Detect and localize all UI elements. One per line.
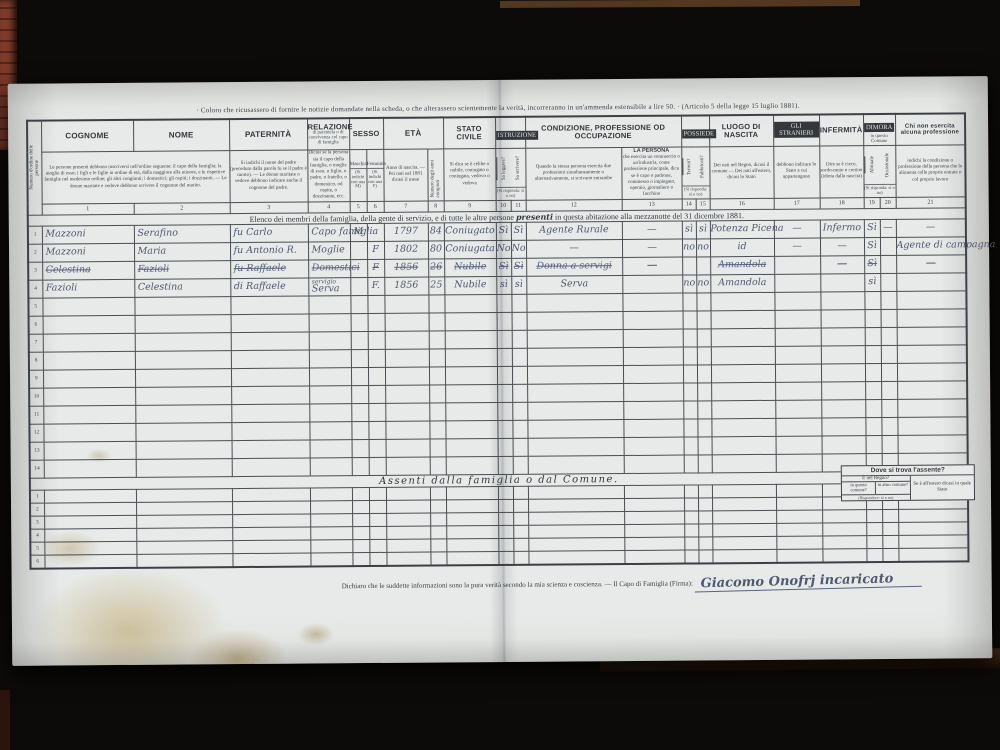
empty-cell	[882, 522, 898, 535]
empty-cell	[232, 540, 310, 554]
col-header-chi-non-esercita: Chi non esercita alcuna professione	[895, 113, 965, 145]
record-cell: Capo famiglia	[308, 223, 350, 241]
record-cell	[231, 422, 309, 441]
record-cell: —	[526, 239, 622, 258]
record-cell	[711, 400, 775, 419]
empty-cell	[698, 497, 712, 510]
head-of-family-signature: Giacomo Onofrj incaricato	[694, 570, 921, 592]
row-number: 5	[30, 542, 44, 555]
record-cell	[385, 349, 429, 367]
record-cell	[697, 400, 711, 418]
record-cell	[497, 402, 512, 420]
empty-cell	[369, 539, 386, 552]
record-cell	[135, 368, 231, 387]
record-cell	[882, 435, 898, 453]
record-cell: Celestina	[134, 278, 230, 297]
record-cell: Mazzoni	[42, 243, 134, 262]
record-cell	[368, 421, 385, 439]
record-cell	[774, 256, 820, 274]
record-cell	[385, 421, 429, 439]
record-cell	[43, 369, 135, 388]
empty-cell	[776, 523, 822, 536]
note-relazione: Dicasi se la persona sia il capo della f…	[307, 150, 349, 202]
record-cell: id	[710, 238, 774, 257]
subcols-possiede: Terreni?Fabbricati? (Si risponda: sì o n…	[681, 147, 709, 199]
record-cell	[309, 349, 351, 367]
record-cell: sì	[696, 220, 710, 238]
empty-cell	[369, 500, 386, 513]
col-header-sesso: SESSO	[349, 118, 383, 150]
note-stato-civile: Si dica se è celibe o nubile, coniugato …	[443, 149, 495, 201]
record-cell	[527, 365, 623, 384]
record-cell	[821, 417, 865, 435]
empty-cell	[898, 508, 968, 522]
record-cell	[309, 331, 351, 349]
empty-cell	[684, 537, 698, 550]
record-cell: F.	[367, 277, 384, 295]
record-cell	[776, 454, 822, 472]
record-cell	[881, 363, 897, 381]
empty-cell	[352, 539, 369, 552]
empty-cell	[44, 489, 136, 503]
empty-cell	[136, 514, 232, 528]
record-cell	[429, 313, 445, 331]
empty-cell	[528, 550, 624, 564]
empty-cell	[136, 488, 232, 502]
record-cell: 26	[428, 259, 444, 277]
record-cell: Sì	[511, 258, 526, 276]
record-cell	[350, 241, 367, 259]
empty-cell	[310, 552, 352, 566]
empty-cell	[513, 499, 528, 512]
record-cell	[683, 329, 697, 347]
empty-cell	[498, 512, 513, 525]
record-cell: di Raffaele	[230, 278, 308, 297]
record-cell	[880, 255, 896, 273]
empty-cell	[310, 526, 352, 539]
empty-cell	[712, 536, 776, 550]
row-number: 8	[29, 352, 43, 370]
record-cell	[774, 274, 820, 292]
empty-cell	[776, 484, 822, 497]
record-cell	[897, 398, 967, 417]
record-cell	[496, 294, 511, 312]
col-header-infermita: INFERMITÀ	[819, 114, 863, 146]
empty-cell	[310, 539, 352, 552]
record-cell	[445, 348, 497, 366]
record-cell	[623, 347, 683, 365]
record-cell: Potenza Picena	[710, 220, 774, 239]
record-cell: 25	[428, 277, 444, 295]
record-cell	[896, 290, 966, 309]
empty-cell	[136, 501, 232, 515]
record-cell: Maria	[134, 242, 230, 261]
record-cell: sì	[511, 276, 526, 294]
row-number: 7	[29, 334, 43, 352]
record-cell	[898, 434, 968, 453]
empty-cell	[698, 484, 712, 497]
record-cell	[775, 328, 821, 346]
empty-cell	[624, 524, 684, 537]
record-cell	[865, 399, 881, 417]
empty-cell	[712, 484, 776, 498]
record-cell	[309, 403, 351, 421]
record-cell	[368, 385, 385, 403]
record-cell: Fazioli	[42, 279, 134, 298]
record-cell	[711, 364, 775, 383]
record-cell	[897, 308, 967, 327]
empty-cell	[232, 514, 310, 528]
record-cell	[776, 436, 822, 454]
declaration-line: Dichiaro che le suddette informazioni so…	[342, 572, 974, 593]
record-cell: 1802	[384, 241, 428, 259]
record-cell	[430, 439, 446, 457]
record-cell	[444, 294, 496, 312]
record-cell	[712, 436, 776, 455]
record-cell	[310, 439, 352, 457]
record-cell	[711, 310, 775, 329]
record-cell	[775, 400, 821, 418]
dove-box-questo-comune: in questo comune?	[842, 482, 876, 494]
record-cell: Domestici	[308, 259, 350, 277]
empty-cell	[866, 509, 882, 522]
record-cell	[385, 367, 429, 385]
empty-cell	[684, 511, 698, 524]
note-stranieri: debbono indicare lo Stato a cui apparten…	[773, 146, 819, 198]
record-cell: Serafino	[134, 224, 230, 243]
record-cell	[231, 350, 309, 369]
record-cell	[682, 257, 696, 275]
record-cell	[386, 457, 430, 475]
record-cell	[897, 362, 967, 381]
record-cell	[445, 366, 497, 384]
empty-cell	[684, 524, 698, 537]
col-header-condizione: CONDIZIONE, PROFESSIONE OD OCCUPAZIONE	[525, 116, 681, 149]
record-cell	[821, 345, 865, 363]
record-cell	[864, 291, 880, 309]
col-header-istruzione: ISTRUZIONE	[495, 117, 525, 149]
row-number: 6	[30, 555, 44, 569]
record-cell	[428, 295, 444, 313]
empty-cell	[430, 513, 446, 526]
row-number: 4	[30, 529, 44, 542]
record-cell	[821, 399, 865, 417]
empty-cell	[822, 522, 866, 535]
record-cell	[622, 275, 682, 293]
empty-cell	[822, 548, 866, 562]
record-cell	[512, 348, 527, 366]
record-cell	[698, 454, 712, 472]
note-condizione-a: Quando la stessa persona esercita due pr…	[525, 148, 621, 200]
subcol-anno-nascita: Anno di nascita. — Pei nati nel 1881 dic…	[383, 149, 427, 201]
record-cell	[43, 333, 135, 352]
record-cell	[368, 313, 385, 331]
record-cell	[310, 457, 352, 475]
record-cell	[135, 332, 231, 351]
record-cell	[351, 349, 368, 367]
empty-cell	[352, 552, 369, 566]
row-number: 2	[28, 244, 42, 262]
record-cell	[880, 273, 896, 291]
record-cell	[683, 311, 697, 329]
empty-cell	[430, 500, 446, 513]
record-cell	[135, 404, 231, 423]
row-number: 2	[30, 503, 44, 516]
record-cell	[775, 310, 821, 328]
record-cell: —	[622, 221, 682, 239]
record-cell	[711, 418, 775, 437]
record-cell	[43, 387, 135, 406]
table-edge-top	[500, 0, 860, 8]
empty-cell	[776, 497, 822, 510]
record-cell	[880, 237, 896, 255]
empty-cell	[352, 526, 369, 539]
header-notes-row: Le persone presenti debbono inscriversi …	[27, 145, 965, 204]
photo-scene: · Coloro che ricusassero di fornire le n…	[0, 0, 1000, 750]
empty-cell	[528, 511, 624, 525]
record-cell: Amandola	[710, 274, 774, 293]
record-cell	[881, 381, 897, 399]
empty-cell	[430, 487, 446, 500]
record-cell	[385, 313, 429, 331]
empty-cell	[430, 539, 446, 552]
record-cell	[512, 384, 527, 402]
record-cell	[821, 363, 865, 381]
empty-cell	[898, 534, 968, 548]
record-cell	[386, 439, 430, 457]
empty-cell	[898, 521, 968, 535]
record-cell	[232, 458, 310, 477]
record-cell	[527, 419, 623, 438]
record-cell	[623, 329, 683, 347]
record-cell	[445, 330, 497, 348]
empty-cell	[386, 500, 430, 513]
empty-cell	[369, 526, 386, 539]
record-cell	[697, 382, 711, 400]
record-cell: fu Antonio R.	[230, 242, 308, 261]
census-rows: 1MazzoniSerafinofu CarloCapo famigliaM17…	[28, 218, 968, 477]
record-cell	[445, 312, 497, 330]
empty-cell	[684, 498, 698, 511]
record-cell	[135, 422, 231, 441]
empty-cell	[698, 510, 712, 523]
empty-cell	[386, 513, 430, 526]
col-header-possiede: POSSIEDE	[681, 115, 709, 147]
record-cell	[352, 457, 369, 475]
empty-cell	[624, 485, 684, 498]
record-cell: No	[496, 240, 511, 258]
record-cell	[821, 327, 865, 345]
empty-cell	[624, 550, 684, 564]
record-cell: Fazioli	[134, 260, 230, 279]
record-cell	[865, 327, 881, 345]
record-cell: Agente di campagna	[896, 236, 966, 255]
dove-box-regno-column: È nel Regno? in questo comune? in altro …	[842, 476, 911, 500]
col-header-luogo-nascita: LUOGO DI NASCITA	[709, 115, 773, 147]
record-cell: F	[367, 241, 384, 259]
col-header-paternita: PATERNITÀ	[229, 119, 307, 151]
empty-cell	[369, 513, 386, 526]
record-cell	[231, 314, 309, 333]
record-cell: no	[696, 238, 710, 256]
record-cell: Nubile	[444, 258, 496, 276]
record-cell	[711, 346, 775, 365]
record-cell	[881, 309, 897, 327]
record-cell	[622, 293, 682, 311]
empty-cell	[866, 522, 882, 535]
record-cell	[711, 382, 775, 401]
empty-cell	[776, 510, 822, 523]
record-cell	[446, 456, 498, 474]
record-cell	[368, 403, 385, 421]
record-cell	[136, 458, 232, 477]
record-cell	[369, 439, 386, 457]
empty-cell	[684, 485, 698, 498]
empty-cell	[446, 551, 498, 565]
record-cell	[44, 441, 136, 460]
empty-cell	[624, 537, 684, 550]
record-cell	[231, 386, 309, 405]
empty-cell	[776, 549, 822, 563]
record-cell	[43, 405, 135, 424]
row-number: 1	[30, 490, 44, 503]
record-cell	[527, 347, 623, 366]
record-cell: sì	[864, 273, 880, 291]
empty-cell	[44, 515, 136, 529]
empty-cell	[498, 551, 513, 565]
empty-cell	[136, 553, 232, 567]
empty-cell	[446, 538, 498, 551]
record-cell	[775, 382, 821, 400]
record-cell	[368, 367, 385, 385]
record-cell	[526, 293, 622, 312]
record-cell	[527, 383, 623, 402]
record-cell: 1856	[384, 259, 428, 277]
record-cell	[697, 418, 711, 436]
record-cell: Infermo	[820, 219, 864, 237]
empty-cell	[866, 548, 882, 562]
empty-cell	[369, 487, 386, 500]
record-cell: Amandola	[710, 256, 774, 275]
empty-cell	[44, 528, 136, 542]
record-cell	[711, 328, 775, 347]
record-cell: 80	[428, 241, 444, 259]
record-cell	[445, 402, 497, 420]
col-header-numero-ordine: Numero d'ordine delle persone	[27, 121, 42, 215]
row-number: 3	[28, 262, 42, 280]
record-cell	[881, 327, 897, 345]
record-cell: 84	[428, 223, 444, 241]
note-paternita: Si indichi il nome del padre (preceduto …	[229, 150, 307, 202]
record-cell	[697, 364, 711, 382]
record-cell	[43, 351, 135, 370]
record-cell	[684, 455, 698, 473]
empty-cell	[513, 525, 528, 538]
row-number: 3	[30, 516, 44, 529]
record-cell	[135, 314, 231, 333]
record-cell: Celestina	[42, 261, 134, 280]
record-cell	[822, 435, 866, 453]
record-cell	[775, 364, 821, 382]
record-cell	[624, 437, 684, 455]
record-cell	[384, 295, 428, 313]
record-cell	[350, 277, 367, 295]
record-cell	[623, 365, 683, 383]
record-cell	[351, 367, 368, 385]
record-cell	[880, 291, 896, 309]
record-cell	[232, 440, 310, 459]
record-cell: —	[622, 239, 682, 257]
census-sheet: · Coloro che ricusassero di fornire le n…	[8, 76, 993, 666]
record-cell	[866, 435, 882, 453]
record-cell	[309, 313, 351, 331]
record-cell	[512, 420, 527, 438]
record-cell	[865, 417, 881, 435]
empty-cell	[513, 486, 528, 499]
empty-cell	[712, 510, 776, 524]
row-number: 14	[30, 460, 44, 478]
record-cell	[43, 315, 135, 334]
record-cell	[683, 401, 697, 419]
assenti-rows: 123456	[30, 482, 969, 568]
record-cell	[881, 399, 897, 417]
record-cell	[527, 329, 623, 348]
empty-cell	[386, 539, 430, 552]
record-cell	[527, 401, 623, 420]
empty-cell	[822, 509, 866, 522]
note-cognome-nome: Le persone presenti debbono inscriversi …	[41, 151, 229, 204]
empty-cell	[776, 536, 822, 549]
subcols-istruzione: Sa leggere?Sa scrivere? (Si risponda: sì…	[495, 148, 525, 200]
empty-cell	[446, 499, 498, 512]
empty-cell	[698, 523, 712, 536]
record-cell	[446, 438, 498, 456]
record-cell	[430, 457, 446, 475]
empty-cell	[712, 497, 776, 511]
record-cell: —	[820, 255, 864, 273]
empty-cell	[513, 512, 528, 525]
record-cell	[865, 363, 881, 381]
record-cell: —	[880, 219, 896, 237]
record-cell	[429, 403, 445, 421]
dove-box-estero: Se è all'estero dicasi in quale Stato	[910, 475, 974, 499]
row-number: 4	[28, 280, 42, 298]
record-cell	[623, 419, 683, 437]
record-cell	[230, 296, 308, 315]
record-cell: Serva	[526, 275, 622, 294]
record-cell	[527, 311, 623, 330]
record-cell	[497, 312, 512, 330]
record-cell	[429, 349, 445, 367]
record-cell	[42, 297, 134, 316]
record-cell	[351, 385, 368, 403]
record-cell	[820, 273, 864, 291]
record-cell: Nubile	[444, 276, 496, 294]
record-cell	[897, 380, 967, 399]
record-cell	[352, 439, 369, 457]
empty-cell	[446, 512, 498, 525]
record-cell: F	[367, 259, 384, 277]
empty-cell	[369, 552, 386, 566]
record-cell	[350, 295, 367, 313]
record-cell: servigioServa	[308, 277, 350, 295]
record-cell: —	[896, 218, 966, 237]
record-cell	[497, 420, 512, 438]
record-cell: Sì	[511, 222, 526, 240]
record-cell	[623, 401, 683, 419]
record-cell	[309, 385, 351, 403]
col-header-relazione: RELAZIONEdi parentela o di convivenza co…	[307, 118, 349, 150]
